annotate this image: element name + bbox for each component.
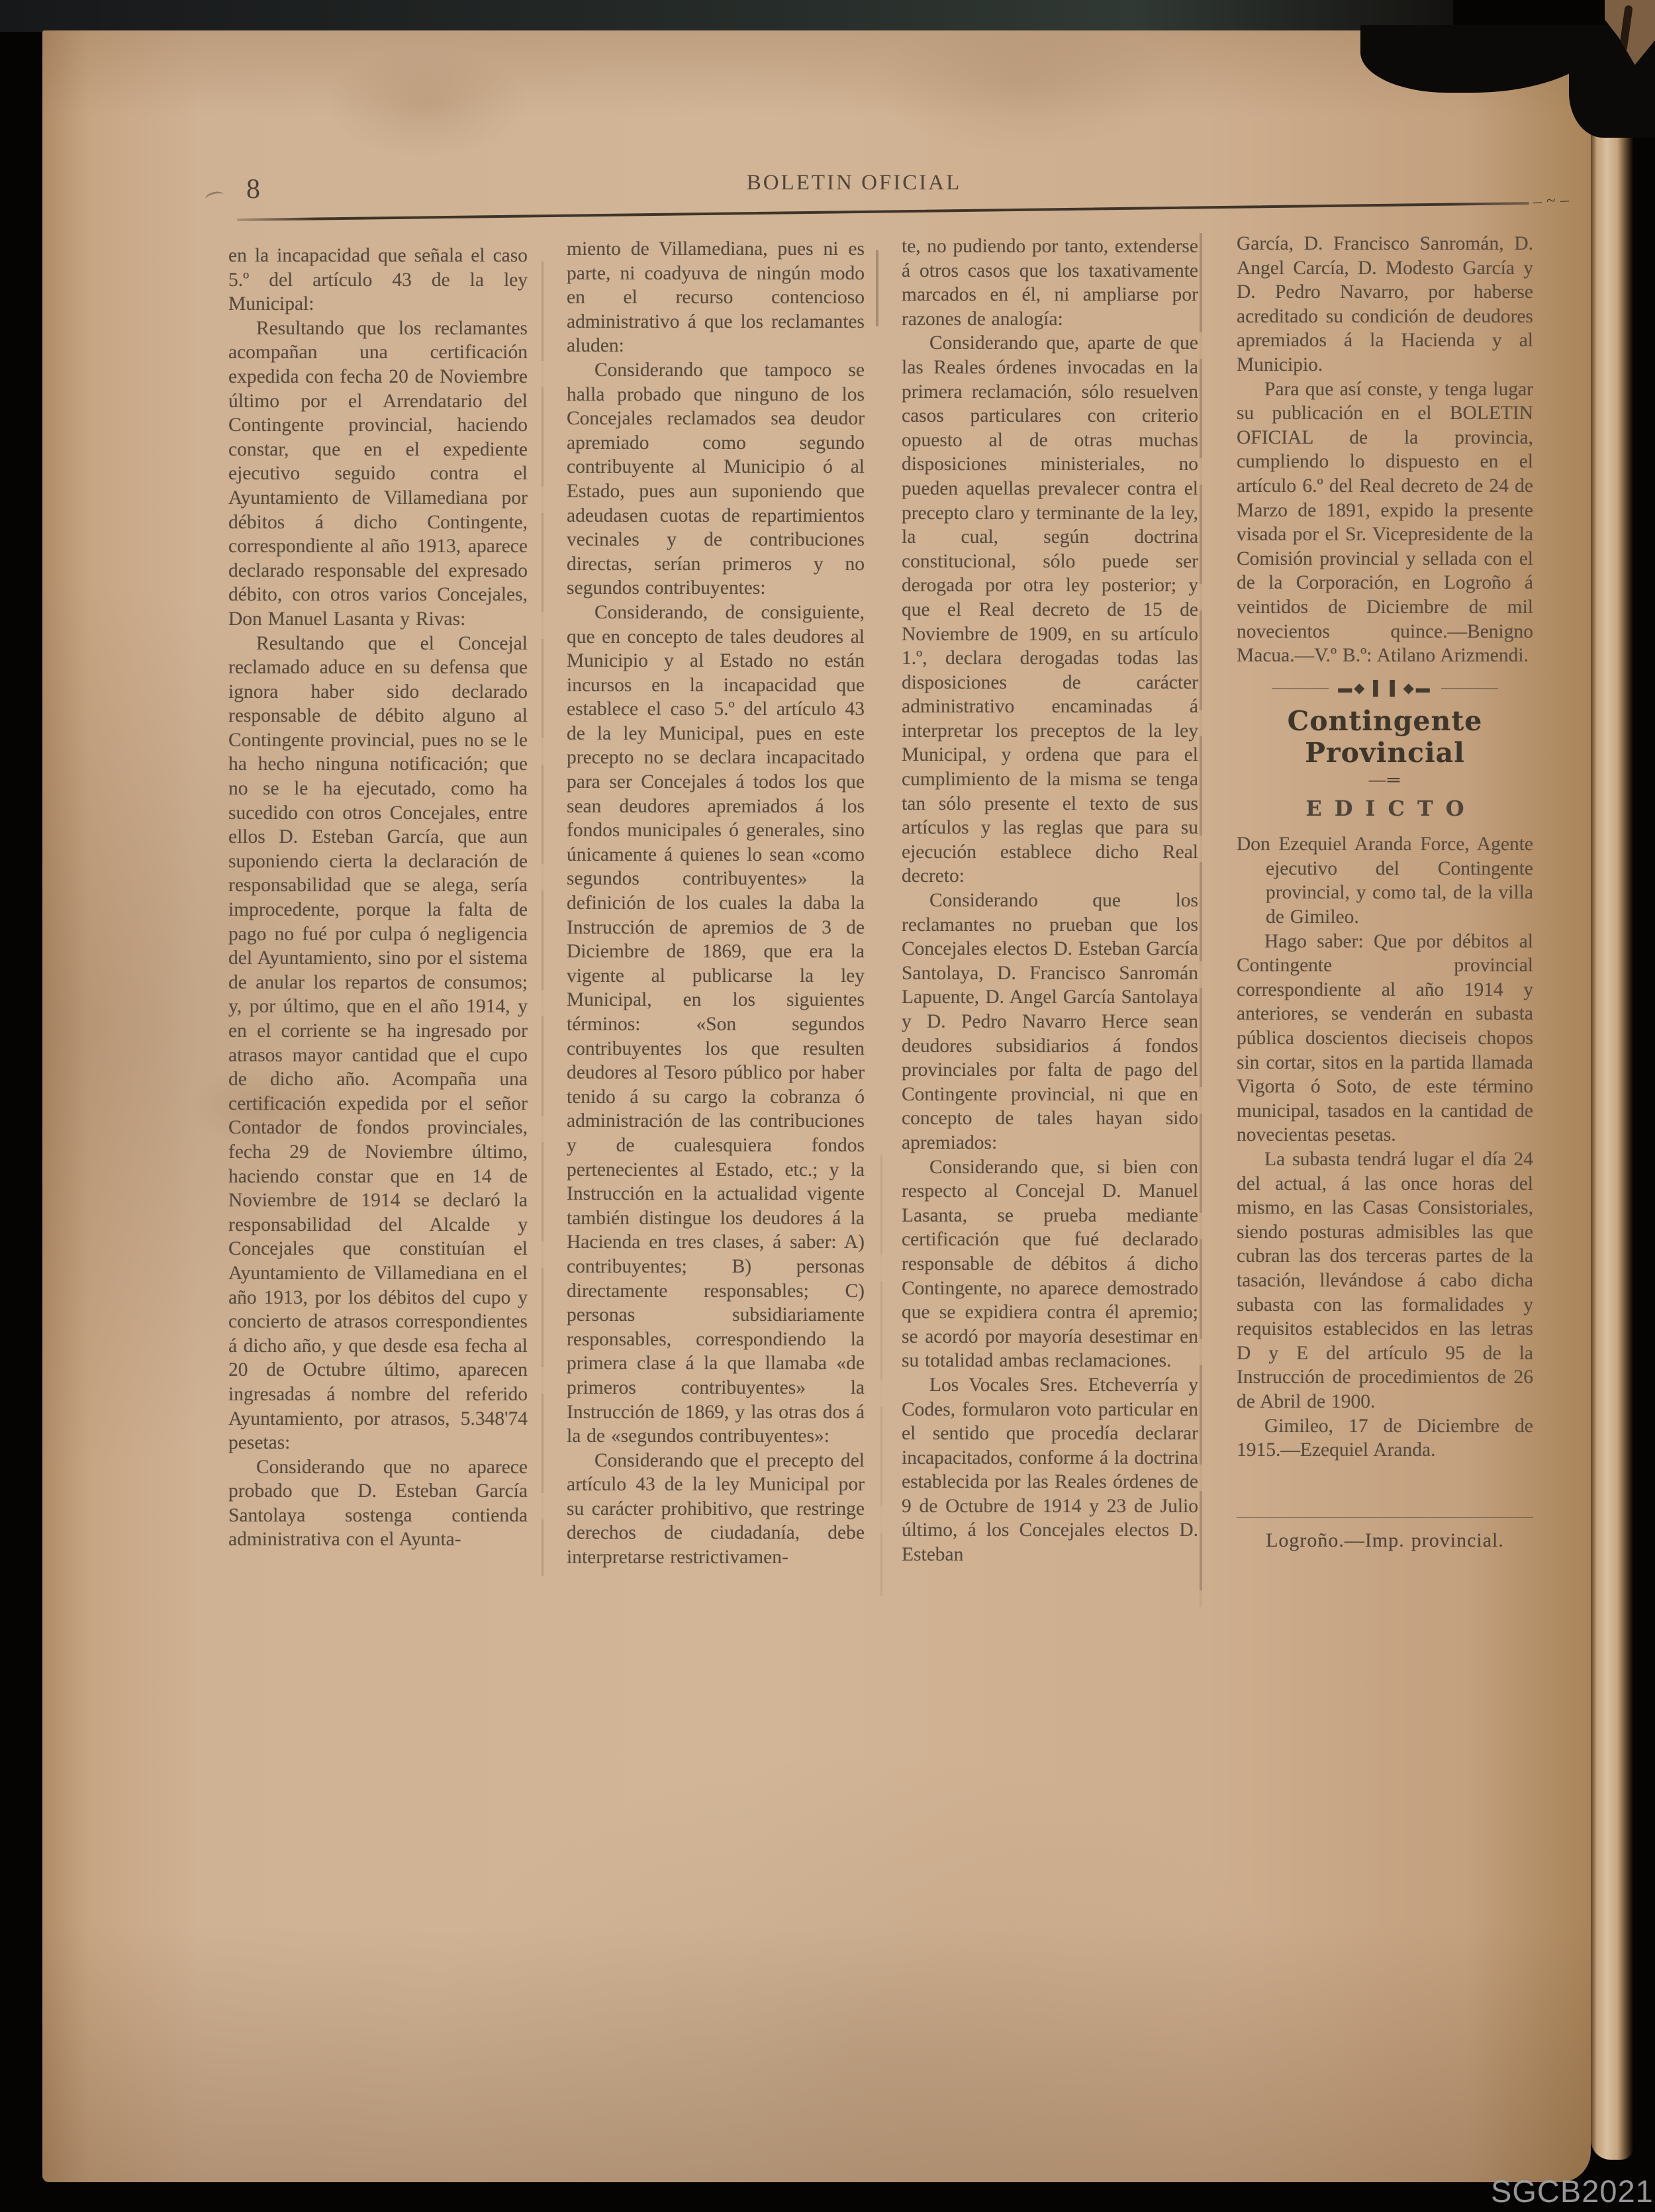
column-rule-2-bottom	[880, 1155, 882, 1596]
column-rule-1	[542, 262, 544, 1576]
digitization-watermark: SGCB2021	[1491, 2173, 1654, 2209]
paragraph: Para que así conste, y tenga lugar su pu…	[1237, 377, 1533, 668]
paragraph: Considerando, de consiguiente, que en co…	[567, 601, 865, 1449]
column-rule-3	[1200, 233, 1202, 1607]
ornament-line	[1441, 688, 1498, 689]
paragraph: Hago saber: Que por débitos al Contingen…	[1237, 930, 1533, 1147]
text-column-4: García, D. Francisco Sanromán, D. Angel …	[1237, 232, 1533, 1553]
ornament-glyphs: ▬◆ ▌▐ ◆▬	[1338, 681, 1432, 695]
column-rule-2-top	[876, 250, 878, 326]
paragraph: Considerando que no aparece probado que …	[228, 1455, 528, 1552]
paragraph: Considerando que, aparte de que las Real…	[902, 331, 1198, 889]
ornament-line	[1272, 688, 1329, 689]
imprint-rule	[1237, 1517, 1533, 1518]
paragraph: García, D. Francisco Sanromán, D. Angel …	[1237, 232, 1533, 377]
paragraph: Resultando que el Concejal reclamado adu…	[228, 632, 528, 1455]
paragraph: La subasta tendrá lugar el día 24 del ac…	[1237, 1147, 1533, 1414]
scanned-page-view: 8 BOLETIN OFICIAL –~– en la incapacidad …	[0, 0, 1655, 2212]
imprint-line: Logroño.—Imp. provincial.	[1237, 1529, 1533, 1553]
ornament-divider: ▬◆ ▌▐ ◆▬	[1237, 680, 1533, 697]
page-number: 8	[246, 173, 260, 205]
paragraph: Considerando que tampoco se halla probad…	[567, 358, 865, 601]
text-column-1: en la incapacidad que señala el caso 5.º…	[228, 244, 528, 1552]
paragraph: Considerando que, si bien con respecto a…	[902, 1155, 1198, 1373]
paragraph: miento de Villamediana, pues ni es parte…	[567, 237, 865, 358]
paragraph: Considerando que el precepto del artícul…	[567, 1449, 865, 1570]
paragraph: Gimileo, 17 de Diciembre de 1915.—Ezequi…	[1237, 1414, 1533, 1463]
scan-top-band	[0, 0, 1453, 32]
text-column-2: miento de Villamediana, pues ni es parte…	[567, 237, 865, 1570]
paragraph: en la incapacidad que señala el caso 5.º…	[228, 244, 528, 316]
masthead-title: BOLETIN OFICIAL	[741, 171, 967, 195]
heading-ornament: —═	[1237, 770, 1533, 790]
paragraph: te, no pudiendo por tanto, extenderse á …	[902, 234, 1198, 331]
paragraph: Los Vocales Sres. Etcheverría y Codes, f…	[902, 1373, 1198, 1567]
paragraph: Considerando que los reclamantes no prue…	[902, 889, 1198, 1155]
article-heading: Contingente Provincial	[1237, 705, 1533, 769]
edict-title: EDICTO	[1237, 796, 1533, 821]
paragraph: Don Ezequiel Aranda Force, Agente ejecut…	[1237, 832, 1533, 929]
adjacent-page-edge	[1591, 30, 1633, 2160]
header-rule-end-marks: –~–	[1533, 189, 1574, 211]
text-column-3: te, no pudiendo por tanto, extenderse á …	[902, 234, 1198, 1567]
paragraph: Resultando que los reclamantes acompañan…	[228, 316, 528, 632]
